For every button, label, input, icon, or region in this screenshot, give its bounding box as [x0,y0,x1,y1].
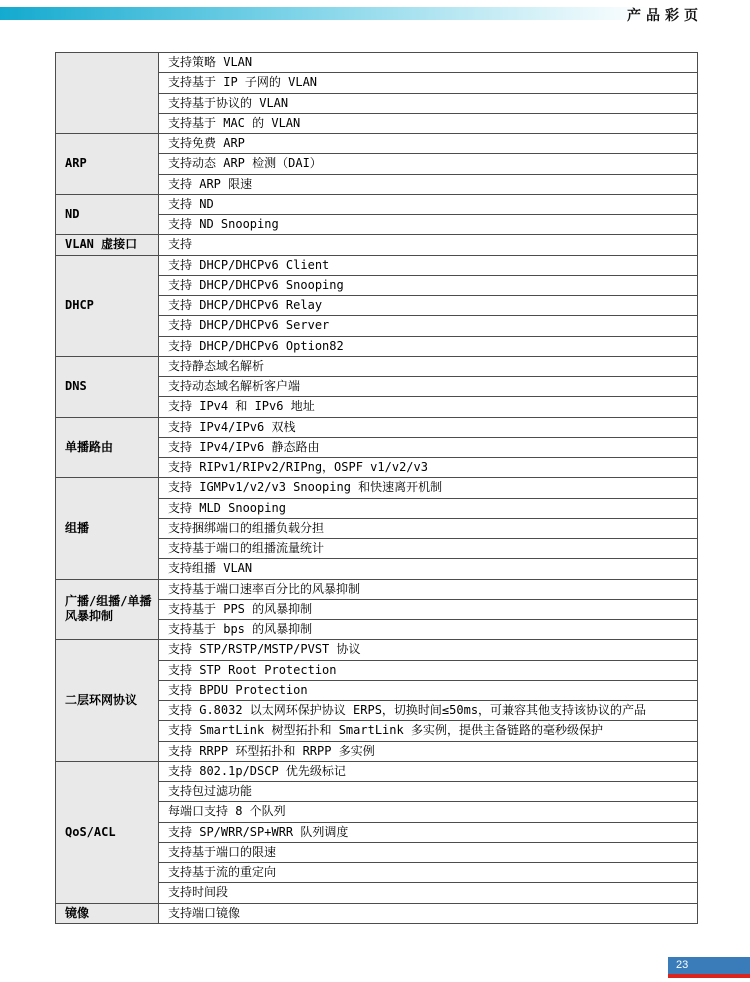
feature-cell: 支持 DHCP/DHCPv6 Option82 [159,336,698,356]
feature-cell: 支持基于流的重定向 [159,863,698,883]
feature-cell: 支持静态域名解析 [159,356,698,376]
feature-cell: 支持 IPv4 和 IPv6 地址 [159,397,698,417]
table-row: 单播路由支持 IPv4/IPv6 双栈 [56,417,698,437]
feature-cell: 支持 DHCP/DHCPv6 Client [159,255,698,275]
table-row: 二层环网协议支持 STP/RSTP/MSTP/PVST 协议 [56,640,698,660]
feature-cell: 支持 BPDU Protection [159,680,698,700]
feature-cell: 支持基于 PPS 的风暴抑制 [159,599,698,619]
category-cell: VLAN 虚接口 [56,235,159,255]
feature-cell: 支持基于端口速率百分比的风暴抑制 [159,579,698,599]
category-cell: QoS/ACL [56,761,159,903]
feature-cell: 支持动态域名解析客户端 [159,377,698,397]
feature-cell: 支持 MLD Snooping [159,498,698,518]
feature-cell: 支持 SmartLink 树型拓扑和 SmartLink 多实例，提供主备链路的… [159,721,698,741]
category-cell: 单播路由 [56,417,159,478]
feature-cell: 支持策略 VLAN [159,53,698,73]
category-cell: ND [56,194,159,235]
table-row: DNS支持静态域名解析 [56,356,698,376]
feature-cell: 支持 [159,235,698,255]
feature-cell: 支持 IGMPv1/v2/v3 Snooping 和快速离开机制 [159,478,698,498]
feature-cell: 支持基于 bps 的风暴抑制 [159,620,698,640]
table-row: 广播/组播/单播风暴抑制支持基于端口速率百分比的风暴抑制 [56,579,698,599]
feature-cell: 支持 DHCP/DHCPv6 Snooping [159,275,698,295]
category-cell: ARP [56,134,159,195]
feature-cell: 支持 RRPP 环型拓扑和 RRPP 多实例 [159,741,698,761]
feature-cell: 支持基于 MAC 的 VLAN [159,113,698,133]
feature-cell: 支持端口镜像 [159,903,698,923]
category-cell: 二层环网协议 [56,640,159,762]
feature-cell: 支持 IPv4/IPv6 双栈 [159,417,698,437]
category-cell [56,53,159,134]
header-accent-bar [0,7,650,20]
feature-cell: 支持免费 ARP [159,134,698,154]
feature-cell: 支持 SP/WRR/SP+WRR 队列调度 [159,822,698,842]
table-row: VLAN 虚接口支持 [56,235,698,255]
table-row: 支持策略 VLAN [56,53,698,73]
spec-table: 支持策略 VLAN支持基于 IP 子网的 VLAN支持基于协议的 VLAN支持基… [55,52,698,924]
feature-cell: 支持动态 ARP 检测（DAI） [159,154,698,174]
category-cell: 组播 [56,478,159,579]
table-row: ARP支持免费 ARP [56,134,698,154]
feature-cell: 支持 DHCP/DHCPv6 Server [159,316,698,336]
page-number-badge: 23 [668,957,750,974]
category-cell: DNS [56,356,159,417]
category-cell: 广播/组播/单播风暴抑制 [56,579,159,640]
table-row: DHCP支持 DHCP/DHCPv6 Client [56,255,698,275]
page-header-title: 产品彩页 [627,5,703,25]
table-row: 组播支持 IGMPv1/v2/v3 Snooping 和快速离开机制 [56,478,698,498]
feature-cell: 支持 DHCP/DHCPv6 Relay [159,296,698,316]
table-row: 镜像支持端口镜像 [56,903,698,923]
table-row: QoS/ACL支持 802.1p/DSCP 优先级标记 [56,761,698,781]
feature-cell: 支持 G.8032 以太网环保护协议 ERPS，切换时间≤50ms，可兼容其他支… [159,701,698,721]
feature-cell: 支持基于协议的 VLAN [159,93,698,113]
feature-cell: 支持时间段 [159,883,698,903]
feature-cell: 支持 STP/RSTP/MSTP/PVST 协议 [159,640,698,660]
feature-cell: 支持基于 IP 子网的 VLAN [159,73,698,93]
feature-cell: 支持包过滤功能 [159,782,698,802]
footer-accent-strip [668,974,750,978]
feature-cell: 支持基于端口的限速 [159,842,698,862]
feature-cell: 支持组播 VLAN [159,559,698,579]
feature-cell: 每端口支持 8 个队列 [159,802,698,822]
feature-cell: 支持 802.1p/DSCP 优先级标记 [159,761,698,781]
feature-cell: 支持捆绑端口的组播负载分担 [159,518,698,538]
feature-cell: 支持 ARP 限速 [159,174,698,194]
feature-cell: 支持 ND Snooping [159,215,698,235]
category-cell: 镜像 [56,903,159,923]
feature-cell: 支持 STP Root Protection [159,660,698,680]
feature-cell: 支持 ND [159,194,698,214]
feature-cell: 支持基于端口的组播流量统计 [159,539,698,559]
category-cell: DHCP [56,255,159,356]
spec-table-body: 支持策略 VLAN支持基于 IP 子网的 VLAN支持基于协议的 VLAN支持基… [56,53,698,924]
feature-cell: 支持 RIPv1/RIPv2/RIPng，OSPF v1/v2/v3 [159,458,698,478]
feature-cell: 支持 IPv4/IPv6 静态路由 [159,437,698,457]
table-row: ND支持 ND [56,194,698,214]
